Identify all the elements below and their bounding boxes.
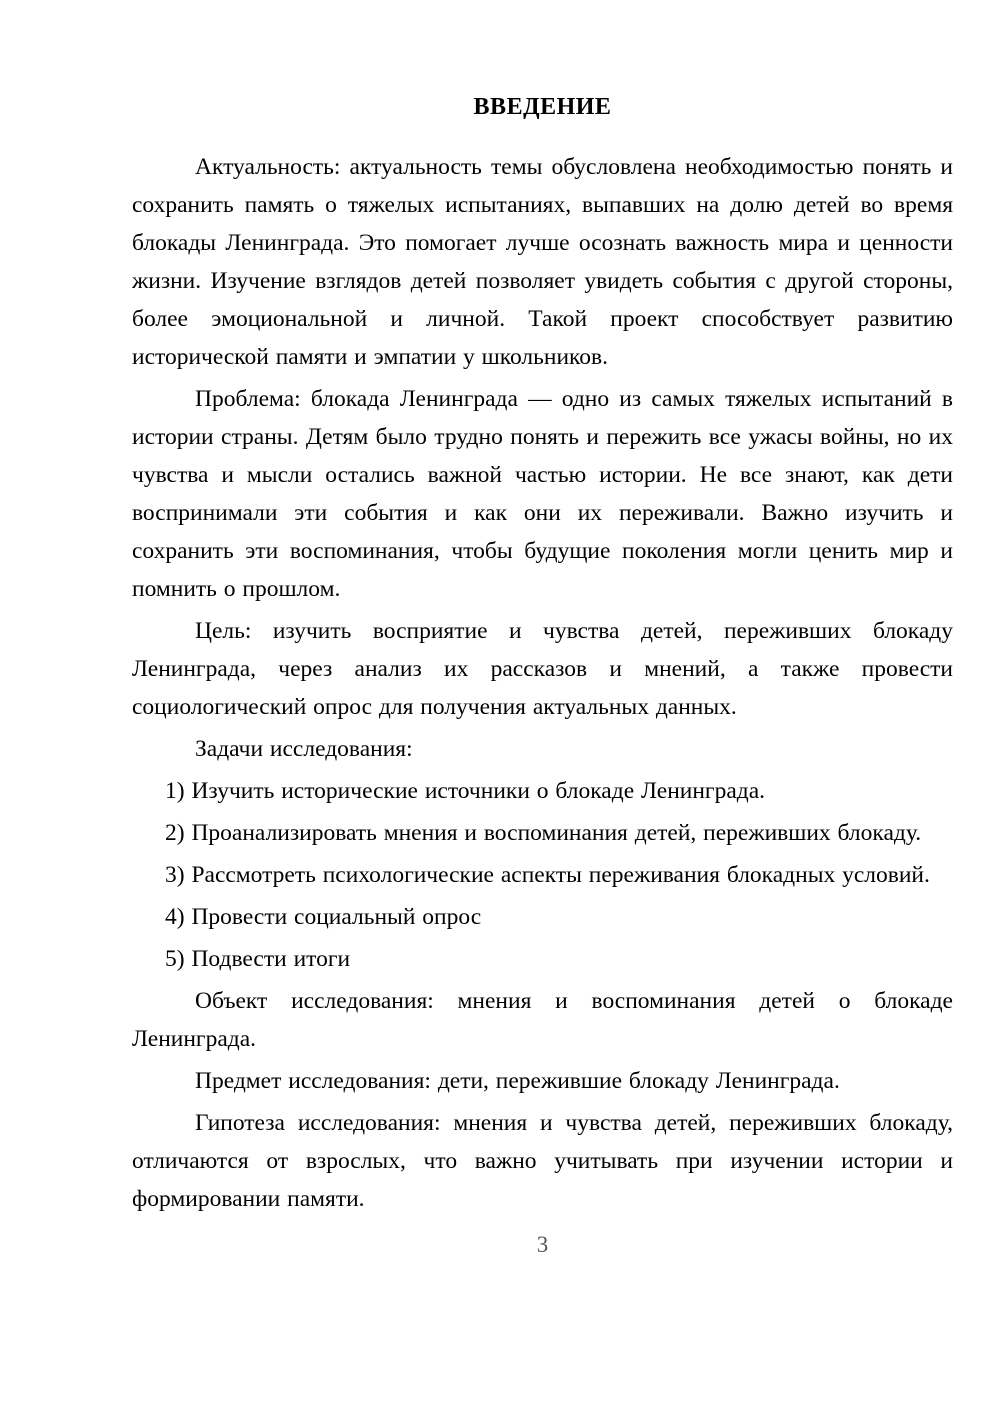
task-item-4: 4) Провести социальный опрос [132, 898, 953, 936]
paragraph-hypothesis: Гипотеза исследования: мнения и чувства … [132, 1104, 953, 1218]
paragraph-object: Объект исследования: мнения и воспоминан… [132, 982, 953, 1058]
paragraph-goal: Цель: изучить восприятие и чувства детей… [132, 612, 953, 726]
document-page: ВВЕДЕНИЕ Актуальность: актуальность темы… [0, 0, 1000, 1414]
task-item-5: 5) Подвести итоги [132, 940, 953, 978]
task-item-1: 1) Изучить исторические источники о блок… [132, 772, 953, 810]
page-number: 3 [132, 1232, 953, 1258]
paragraph-problem: Проблема: блокада Ленинграда — одно из с… [132, 380, 953, 608]
document-content: ВВЕДЕНИЕ Актуальность: актуальность темы… [132, 92, 953, 1258]
tasks-heading: Задачи исследования: [132, 730, 953, 768]
paragraph-subject: Предмет исследования: дети, пережившие б… [132, 1062, 953, 1100]
page-title: ВВЕДЕНИЕ [132, 92, 953, 122]
task-item-2: 2) Проанализировать мнения и воспоминани… [132, 814, 953, 852]
task-item-3: 3) Рассмотреть психологические аспекты п… [132, 856, 953, 894]
paragraph-relevance: Актуальность: актуальность темы обусловл… [132, 148, 953, 376]
